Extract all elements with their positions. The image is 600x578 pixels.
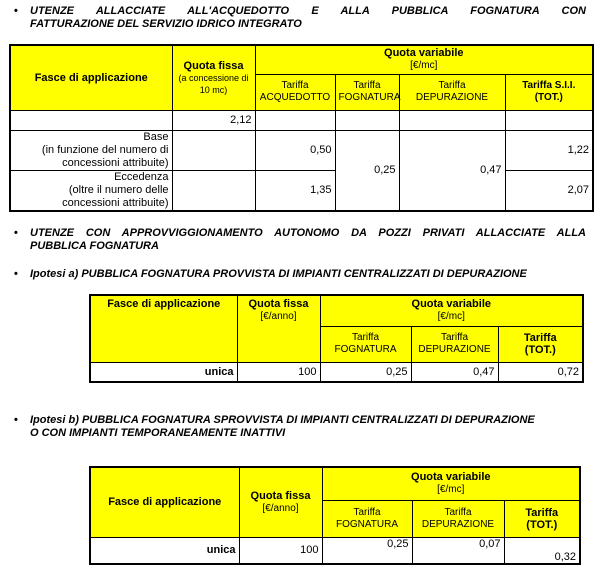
section1-heading-line1: UTENZE ALLACCIATE ALL'ACQUEDOTTO E ALLA … bbox=[30, 5, 586, 18]
header-quota-variabile: Quota variabile [€/mc] bbox=[255, 45, 593, 74]
header-fasce: Fasce di applicazione bbox=[90, 467, 239, 537]
cell-fascia-base: Base (in funzione del numero di concessi… bbox=[10, 130, 172, 170]
cell-fognatura: 0,25 bbox=[320, 362, 411, 382]
header-tariffa-acquedotto: Tariffa ACQUEDOTTO bbox=[255, 74, 335, 110]
section1-heading: • UTENZE ALLACCIATE ALL'ACQUEDOTTO E ALL… bbox=[14, 5, 586, 33]
bullet-icon: • bbox=[14, 5, 18, 18]
bullet-icon: • bbox=[14, 414, 18, 427]
header-quota-fissa: Quota fissa [€/anno] bbox=[239, 467, 322, 537]
table-row-base: Base (in funzione del numero di concessi… bbox=[10, 130, 593, 170]
cell-depurazione-shared: 0,47 bbox=[399, 130, 505, 211]
table-row-unica: unica 100 0,25 0,07 0,32 bbox=[90, 537, 580, 564]
cell-acquedotto-eccedenza: 1,35 bbox=[255, 170, 335, 211]
bullet-icon: • bbox=[14, 268, 18, 281]
header-tariffa-fognatura: Tariffa FOGNATURA bbox=[335, 74, 399, 110]
tariff-table-ipotesi-b: Fasce di applicazione Quota fissa [€/ann… bbox=[89, 466, 581, 565]
cell-fascia-eccedenza: Eccedenza (oltre il numero delle concess… bbox=[10, 170, 172, 211]
header-tariffa-fognatura: Tariffa FOGNATURA bbox=[322, 500, 412, 537]
cell-totale-eccedenza: 2,07 bbox=[505, 170, 593, 211]
section-b-heading-line1: Ipotesi b) PUBBLICA FOGNATURA SPROVVISTA… bbox=[30, 414, 586, 427]
header-quota-variabile: Quota variabile [€/mc] bbox=[320, 295, 583, 326]
section-a-heading: • Ipotesi a) PUBBLICA FOGNATURA PROVVIST… bbox=[14, 268, 586, 282]
header-quota-fissa: Quota fissa [€/anno] bbox=[237, 295, 320, 362]
section2-heading: • UTENZE CON APPROVVIGGIONAMENTO AUTONOM… bbox=[14, 227, 586, 255]
header-tariffa-fognatura: Tariffa FOGNATURA bbox=[320, 326, 411, 362]
cell-acquedotto-base: 0,50 bbox=[255, 130, 335, 170]
bullet-icon: • bbox=[14, 227, 18, 240]
header-tariffa-depurazione: Tariffa DEPURAZIONE bbox=[412, 500, 504, 537]
cell-totale: 0,32 bbox=[504, 537, 580, 564]
header-tariffa-depurazione: Tariffa DEPURAZIONE bbox=[411, 326, 498, 362]
cell-depurazione: 0,47 bbox=[411, 362, 498, 382]
header-tariffa-tot: Tariffa S.I.I. (TOT.) bbox=[505, 74, 593, 110]
cell-fascia: unica bbox=[90, 537, 239, 564]
header-quota-variabile: Quota variabile [€/mc] bbox=[322, 467, 580, 500]
cell-totale: 0,72 bbox=[498, 362, 583, 382]
section-b-heading: • Ipotesi b) PUBBLICA FOGNATURA SPROVVIS… bbox=[14, 414, 586, 442]
header-fasce: Fasce di applicazione bbox=[10, 45, 172, 110]
section1-heading-line2: FATTURAZIONE DEL SERVIZIO IDRICO INTEGRA… bbox=[30, 18, 302, 30]
tariff-table-servizio-idrico: Fasce di applicazione Quota fissa (a con… bbox=[9, 44, 594, 212]
table-row-quota-fissa: 2,12 bbox=[10, 110, 593, 130]
header-tariffa-depurazione: Tariffa DEPURAZIONE bbox=[399, 74, 505, 110]
header-fasce: Fasce di applicazione bbox=[90, 295, 237, 362]
cell-fascia: unica bbox=[90, 362, 237, 382]
tariff-table-ipotesi-a: Fasce di applicazione Quota fissa [€/ann… bbox=[89, 294, 584, 383]
table-row-eccedenza: Eccedenza (oltre il numero delle concess… bbox=[10, 170, 593, 211]
cell-fognatura-shared: 0,25 bbox=[335, 130, 399, 211]
cell-quota-fissa: 2,12 bbox=[172, 110, 255, 130]
section2-heading-line2: PUBBLICA FOGNATURA bbox=[30, 240, 159, 252]
cell-quota-fissa: 100 bbox=[239, 537, 322, 564]
section2-heading-line1: UTENZE CON APPROVVIGGIONAMENTO AUTONOMO … bbox=[30, 227, 586, 240]
cell-fognatura: 0,25 bbox=[322, 537, 412, 564]
header-tariffa-tot: Tariffa (TOT.) bbox=[504, 500, 580, 537]
cell-totale-base: 1,22 bbox=[505, 130, 593, 170]
cell-depurazione: 0,07 bbox=[412, 537, 504, 564]
section-b-heading-line2: O CON IMPIANTI TEMPORANEAMENTE INATTIVI bbox=[30, 427, 285, 439]
header-quota-fissa: Quota fissa (a concessione di 10 mc) bbox=[172, 45, 255, 110]
cell-quota-fissa: 100 bbox=[237, 362, 320, 382]
table-row-unica: unica 100 0,25 0,47 0,72 bbox=[90, 362, 583, 382]
header-tariffa-tot: Tariffa (TOT.) bbox=[498, 326, 583, 362]
